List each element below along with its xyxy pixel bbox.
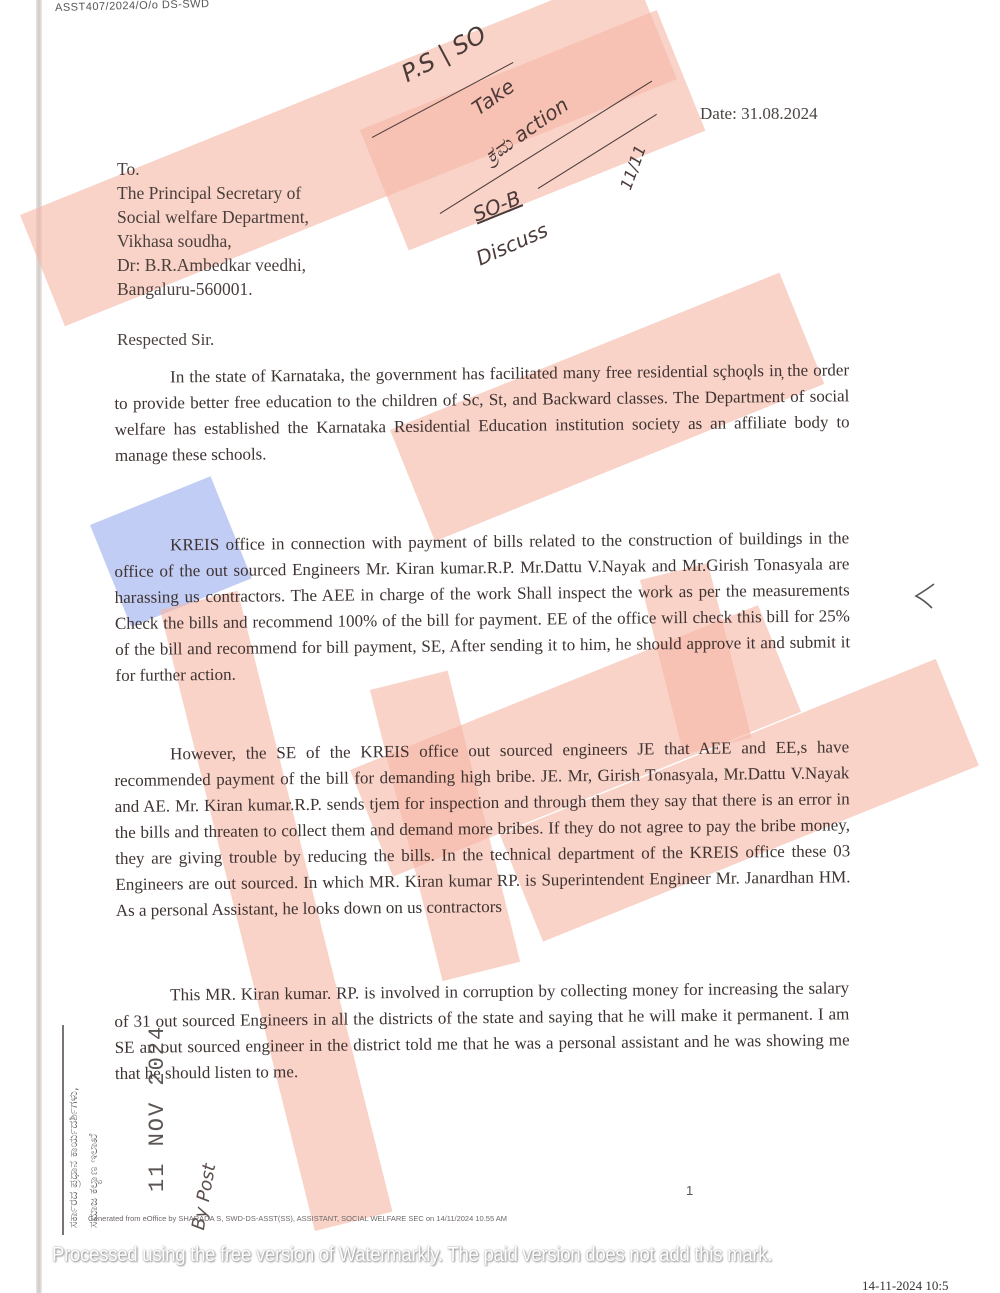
eoffice-footer-note: Generated from eOffice by SHARADA S, SWD… <box>88 1214 507 1223</box>
stamp-received-date: 11 NOV 2024 <box>145 1025 170 1192</box>
page-number: 1 <box>686 1183 693 1198</box>
address-line: The Principal Secretary of <box>117 181 309 205</box>
body-paragraph: In the state of Karnataka, the governmen… <box>114 357 850 469</box>
address-line: Social welfare Department, <box>117 205 309 229</box>
watermark-notice: Processed using the free version of Wate… <box>52 1244 772 1267</box>
footer-timestamp: 14-11-2024 10:5 <box>862 1278 949 1293</box>
body-paragraph: This MR. Kiran kumar. RP. is involved in… <box>114 975 850 1087</box>
salutation: Respected Sir. <box>117 330 214 350</box>
margin-check-mark-icon <box>912 582 936 610</box>
stamp-kannada-line: ಸರ್ಕಾರದ ಪ್ರಧಾನ ಕಾರ್ಯದರ್ಶಿಗಳು, <box>66 1087 81 1228</box>
annotation-discuss: Discuss <box>472 218 551 271</box>
scanned-letter-page: ASST407/2024/O/o DS-SWD Date: 31.08.2024… <box>0 0 1000 1293</box>
address-line: Bangaluru-560001. <box>117 277 309 301</box>
address-line: Vikhasa soudha, <box>117 229 309 253</box>
stamp-border <box>62 1025 64 1235</box>
scan-edge-shadow <box>36 0 42 1293</box>
letter-date: Date: 31.08.2024 <box>700 104 818 124</box>
body-paragraph: However, the SE of the KREIS office out … <box>114 734 851 924</box>
recipient-address: To. The Principal Secretary of Social we… <box>117 157 309 301</box>
address-line: Dr: B.R.Ambedkar veedhi, <box>117 253 309 277</box>
address-line: To. <box>117 157 309 181</box>
body-paragraph: KREIS office in connection with payment … <box>114 525 851 689</box>
reference-number: ASST407/2024/O/o DS-SWD <box>55 0 210 14</box>
